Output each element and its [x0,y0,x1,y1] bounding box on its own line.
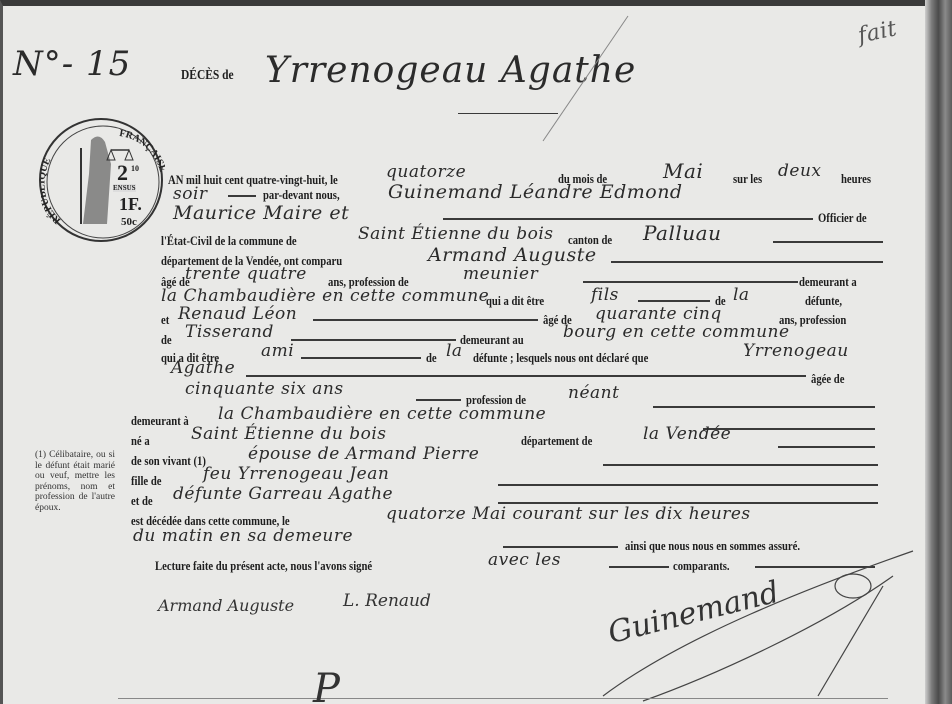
line6-age: trente quatre [185,264,307,284]
line7-article: la [733,285,750,305]
line12-age: cinquante six ans [185,379,344,399]
line13-address: la Chambaudière en cette commune [218,404,546,424]
line16-father: feu Yrrenogeau Jean [203,464,389,484]
line14-printed2: département de [521,433,592,449]
line11-printed: âgée de [811,371,844,387]
line7-address: la Chambaudière en cette commune [161,286,489,306]
line8-printed: et [161,312,169,328]
line15-printed: de son vivant (1) [131,453,206,469]
line16-printed: fille de [131,473,161,489]
signature-flourish-icon [563,546,923,704]
line3-title: Maurice Maire et [173,202,349,224]
line7-printed: qui a dit être [486,293,544,309]
stamp-label: ENSUS [113,184,136,192]
line10-printed2: de [426,350,437,366]
rule [246,375,806,377]
line10-relation: ami [261,341,294,361]
line17-printed: et de [131,493,153,509]
line14-birthplace: Saint Étienne du bois [191,424,387,444]
rule [443,218,813,220]
rule [498,484,878,486]
stamp-text-left: RÉPUBLIQUE [41,156,63,226]
line19-place: du matin en sa demeure [133,526,353,546]
line7-printed3: défunte, [805,293,842,309]
stamp-value-cents: 50c [121,216,137,228]
line4-commune: Saint Étienne du bois [358,224,554,244]
line4-printed: l'État-Civil de la commune de [161,233,297,249]
line8-age: quarante cinq [595,304,722,324]
signature-witness1: Armand Auguste [158,596,294,615]
line9-printed: de [161,332,172,348]
line1-day: quatorze [386,162,466,182]
line10-deceased-surname: Yrrenogeau [743,341,849,361]
line1-printed3: sur les [733,171,762,187]
page-binding-edge [925,0,952,704]
rule [611,261,883,263]
pencil-strike-icon [523,6,643,146]
rule [638,300,710,302]
record-number: N°- 15 [13,44,131,84]
line7-relation: fils [591,285,619,305]
line12-profession: néant [568,383,619,403]
rule [228,195,256,197]
line3-printed: Officier de [818,210,867,226]
document-page: N°- 15 DÉCÈS de Yrrenogeau Agathe fait R… [0,0,930,704]
next-record-initial: P [313,666,341,704]
rule [416,399,461,401]
rule [118,698,888,699]
line20-signed-with: avec les [488,550,561,570]
fiscal-stamp: RÉPUBLIQUE FRANÇAISE 2 10 ENSUS 1F. 50c [39,118,163,242]
svg-text:RÉPUBLIQUE: RÉPUBLIQUE [41,156,63,226]
stamp-value-top: 2 [117,160,128,186]
rule [313,319,538,321]
line2-officer-name: Guinemand Léandre Edmond [388,181,683,203]
footnote: (1) Célibataire, ou si le défunt était m… [35,450,115,513]
line11-deceased-firstname: Agathe [171,358,235,378]
line14-printed: né a [131,433,150,449]
line10-article: la [446,341,463,361]
line8-comparant2: Renaud Léon [178,304,297,324]
line17-mother: défunte Garreau Agathe [173,484,393,504]
stamp-seal-icon: RÉPUBLIQUE FRANÇAISE [41,120,165,244]
line2-printed: par-devant nous, [263,187,340,203]
rule [773,241,883,243]
rule [291,339,456,341]
rule [778,446,875,448]
margin-note: fait [856,16,899,49]
line9-address: bourg en cette commune [563,322,790,342]
rule [301,357,421,359]
line13-printed: demeurant à [131,413,189,429]
rule [583,281,798,283]
line20-printed: Lecture faite du présent acte, nous l'av… [155,558,372,574]
line18-death-date: quatorze Mai courant sur les dix heures [386,504,751,524]
rule [653,406,875,408]
line10-printed3: défunte ; lesquels nous ont déclaré que [473,350,648,366]
line1-month: Mai [663,159,703,183]
line15-spouse: épouse de Armand Pierre [248,444,479,464]
line6-printed3: demeurant a [799,274,857,290]
stamp-value-fraction: 10 [131,164,139,173]
deces-title: DÉCÈS de [181,68,234,84]
line9-profession: Tisserand [185,322,274,342]
signature-witness2: L. Renaud [343,591,431,611]
line4-canton: Palluau [643,221,721,245]
line2-time: soir [173,184,208,204]
line6-profession: meunier [463,264,538,284]
line1-printed4: heures [841,171,871,187]
line14-department: la Vendée [643,424,731,444]
line9-printed2: demeurant au [460,332,524,348]
line5-comparant1: Armand Auguste [428,244,597,266]
line1-hour: deux [778,161,821,181]
stamp-value-bottom: 1F. [119,194,142,215]
rule [603,464,878,466]
